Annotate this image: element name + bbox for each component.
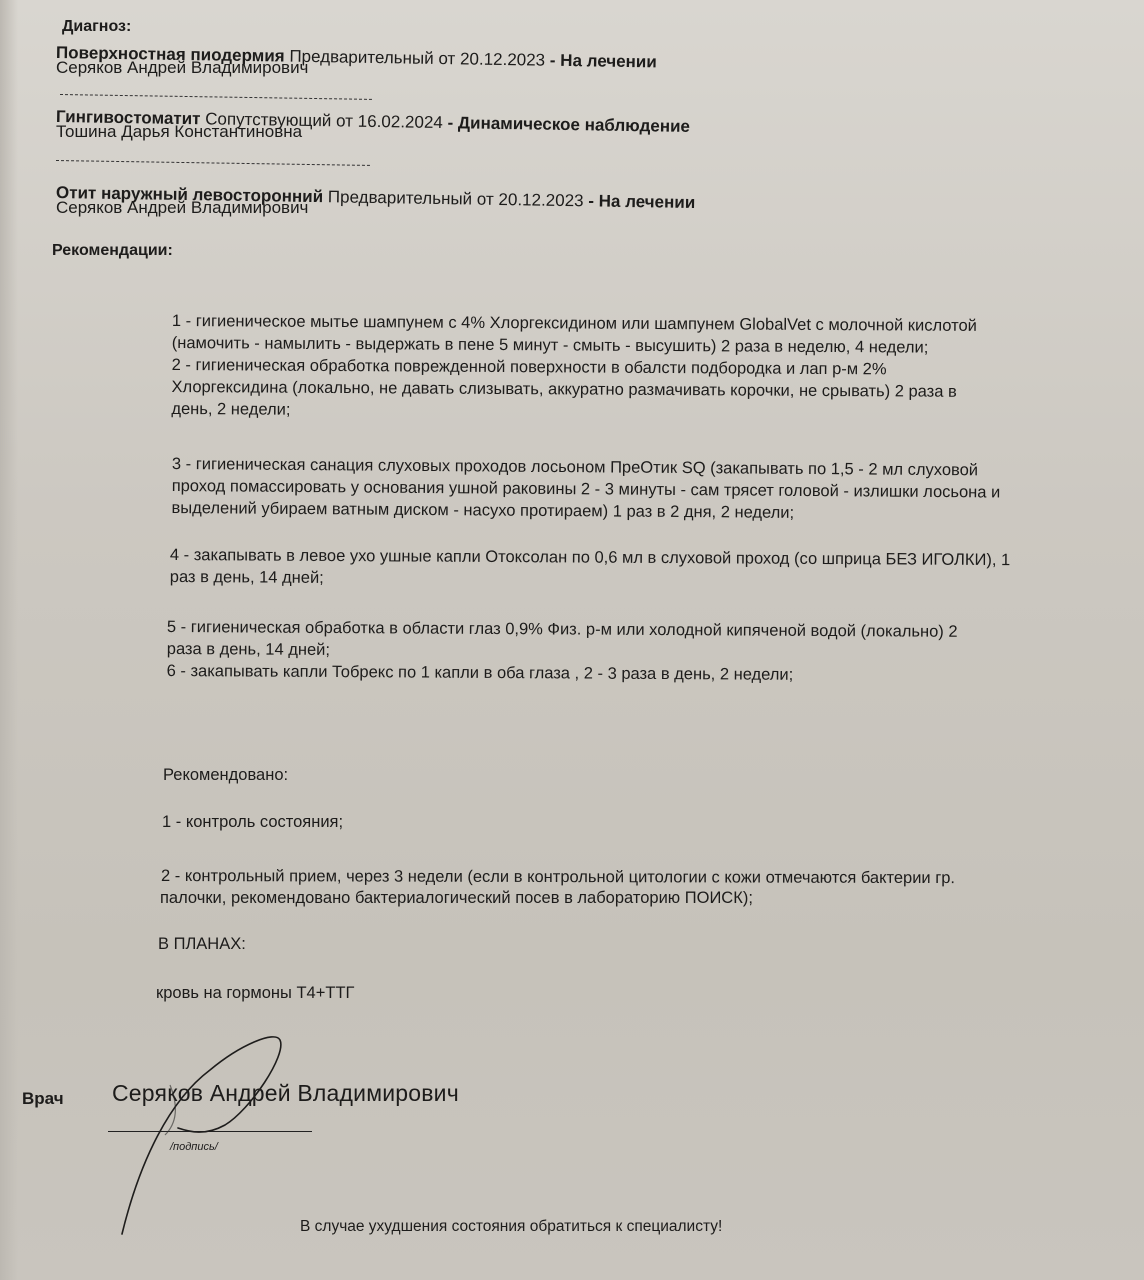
recommended-item: палочки, рекомендовано бактериалогически… <box>160 887 753 909</box>
divider <box>60 94 372 100</box>
recommendation-group: 1 - гигиеническое мытье шампунем с 4% Хл… <box>171 310 1132 426</box>
recommended-title: Рекомендовано: <box>163 764 288 786</box>
recommendations-title: Рекомендации: <box>52 242 173 260</box>
diagnosis-type: Сопутствующий <box>205 109 332 130</box>
signature-caption: /подпись/ <box>170 1141 218 1153</box>
diagnosis-date-prefix: от <box>336 111 353 130</box>
recommendation-line: день, 2 недели; <box>171 398 1131 426</box>
diagnosis-separator: - <box>447 113 453 132</box>
signature-role: Врач <box>22 1089 64 1109</box>
recommended-item: 1 - контроль состояния; <box>162 811 343 833</box>
diagnosis-title: Диагноз: <box>62 18 131 36</box>
diagnosis-type: Предварительный <box>289 47 434 68</box>
diagnosis-status: На лечении <box>599 192 696 213</box>
diagnosis-name: Отит наружный левосторонний <box>56 183 323 206</box>
recommendation-group: 4 - закапывать в левое ухо ушные капли О… <box>170 544 1130 594</box>
recommendation-group: 3 - гигиеническая санация слуховых прохо… <box>171 453 1131 527</box>
diagnosis-date-prefix: от <box>438 49 455 68</box>
diagnosis-entry: Отит наружный левосторонний Предваритель… <box>56 182 695 218</box>
diagnosis-separator: - <box>550 51 556 70</box>
divider <box>56 160 370 166</box>
signature-line <box>108 1131 312 1132</box>
diagnosis-status: На лечении <box>560 51 657 72</box>
diagnosis-entry: Поверхностная пиодермия Предварительный … <box>56 42 657 78</box>
diagnosis-entry: Гингивостоматит Сопутствующий от 16.02.2… <box>56 106 690 142</box>
plans-title: В ПЛАНАХ: <box>158 933 246 955</box>
diagnosis-date: 20.12.2023 <box>498 190 583 210</box>
document-page: Диагноз: Поверхностная пиодермия Предвар… <box>0 0 1144 1280</box>
doctor-name: Серяков Андрей Владимирович <box>112 1080 459 1107</box>
diagnosis-name: Поверхностная пиодермия <box>56 43 285 66</box>
diagnosis-date: 16.02.2024 <box>358 112 443 132</box>
diagnosis-date-prefix: от <box>477 190 494 209</box>
diagnosis-date: 20.12.2023 <box>460 49 545 69</box>
recommended-item: 2 - контрольный прием, через 3 недели (е… <box>161 865 955 889</box>
diagnosis-name: Гингивостоматит <box>56 107 201 128</box>
plans-item: кровь на гормоны Т4+ТТГ <box>156 982 354 1004</box>
recommendation-line: 6 - закапывать капли Тобрекс по 1 капли … <box>167 660 1127 688</box>
footer-note: В случае ухудшения состояния обратиться … <box>300 1218 722 1236</box>
paper-edge-shadow <box>0 0 18 1280</box>
diagnosis-status: Динамическое наблюдение <box>458 113 690 136</box>
recommendation-group: 5 - гигиеническая обработка в области гл… <box>167 616 1127 688</box>
diagnosis-separator: - <box>588 191 594 210</box>
diagnosis-type: Предварительный <box>328 187 473 208</box>
